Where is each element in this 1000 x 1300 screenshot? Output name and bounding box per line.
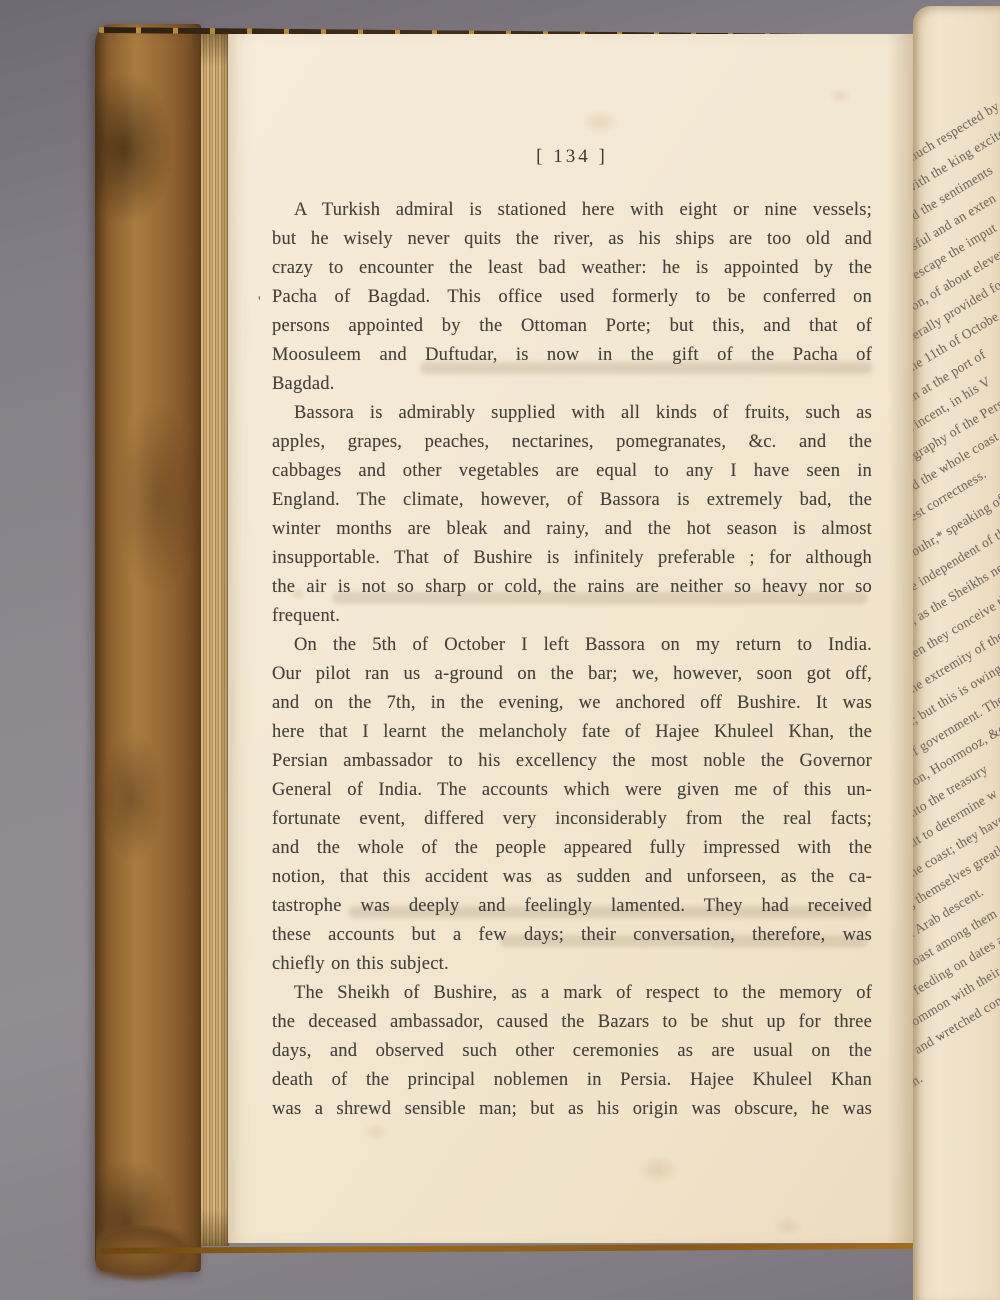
book-photo: [ 134 ] ' A Turkish admiral is stationed… [0, 0, 1000, 1300]
text-line: was a shrewd sensible man; but as his or… [272, 1095, 872, 1124]
text-line: Persian ambassador to his excellency the… [272, 747, 872, 776]
text-line: The Sheikh of Bushire, as a mark of resp… [272, 979, 872, 1008]
text-line: these accounts but a few days; their con… [272, 921, 872, 950]
text-line: but he wisely never quits the river, as … [272, 225, 872, 254]
text-line: England. The climate, however, of Bassor… [272, 486, 872, 515]
book-page: [ 134 ] ' A Turkish admiral is stationed… [228, 34, 914, 1243]
text-line: winter months are bleak and rainy, and t… [272, 515, 872, 544]
text-line: insupportable. That of Bushire is infini… [272, 544, 872, 573]
book-bottom-left-corner [96, 1225, 206, 1287]
paragraph-2: Bassora is admirably supplied with all k… [272, 399, 872, 631]
stacked-page-edges [201, 30, 229, 1246]
adjacent-page-edge: much respected by th with the king excit… [913, 6, 1000, 1300]
text-line: the air is not so sharp or cold, the rai… [272, 573, 872, 602]
text-line: days, and observed such other ceremonies… [272, 1037, 872, 1066]
text-line: cabbages and other vegetables are equal … [272, 457, 872, 486]
text-line: apples, grapes, peaches, nectarines, pom… [272, 428, 872, 457]
text-line: On the 5th of October I left Bassora on … [272, 631, 872, 660]
text-line: Bassora is admirably supplied with all k… [272, 399, 872, 428]
text-line: crazy to encounter the least bad weather… [272, 254, 872, 283]
text-line: A Turkish admiral is stationed here with… [272, 196, 872, 225]
text-line: fortunate event, differed very inconside… [272, 805, 872, 834]
text-line: and on the 7th, in the evening, we ancho… [272, 689, 872, 718]
text-line: Moosuleem and Duftudar, is now in the gi… [272, 341, 872, 370]
text-line: here that I learnt the melancholy fate o… [272, 718, 872, 747]
paragraph-4: The Sheikh of Bushire, as a mark of resp… [272, 979, 872, 1124]
margin-mark: ' [258, 294, 261, 311]
paragraph-1: A Turkish admiral is stationed here with… [272, 196, 872, 399]
text-line: Bagdad. [272, 370, 872, 399]
text-line: the deceased ambassador, caused the Baza… [272, 1008, 872, 1037]
page-number: [ 134 ] [272, 146, 872, 174]
text-line: frequent. [272, 602, 872, 631]
text-line: notion, that this accident was as sudden… [272, 863, 872, 892]
text-line: persons appointed by the Ottoman Porte; … [272, 312, 872, 341]
text-line: Our pilot ran us a-ground on the bar; we… [272, 660, 872, 689]
text-block: [ 134 ] ' A Turkish admiral is stationed… [272, 146, 872, 1124]
text-line: General of India. The accounts which wer… [272, 776, 872, 805]
text-line: death of the principal noblemen in Persi… [272, 1066, 872, 1095]
text-line: and the whole of the people appeared ful… [272, 834, 872, 863]
book-spine-leather [95, 24, 201, 1272]
text-line: Pacha of Bagdad. This office used former… [272, 283, 872, 312]
text-line: chiefly on this subject. [272, 950, 872, 979]
text-line: tastrophe was deeply and feelingly lamen… [272, 892, 872, 921]
paragraph-3: On the 5th of October I left Bassora on … [272, 631, 872, 979]
